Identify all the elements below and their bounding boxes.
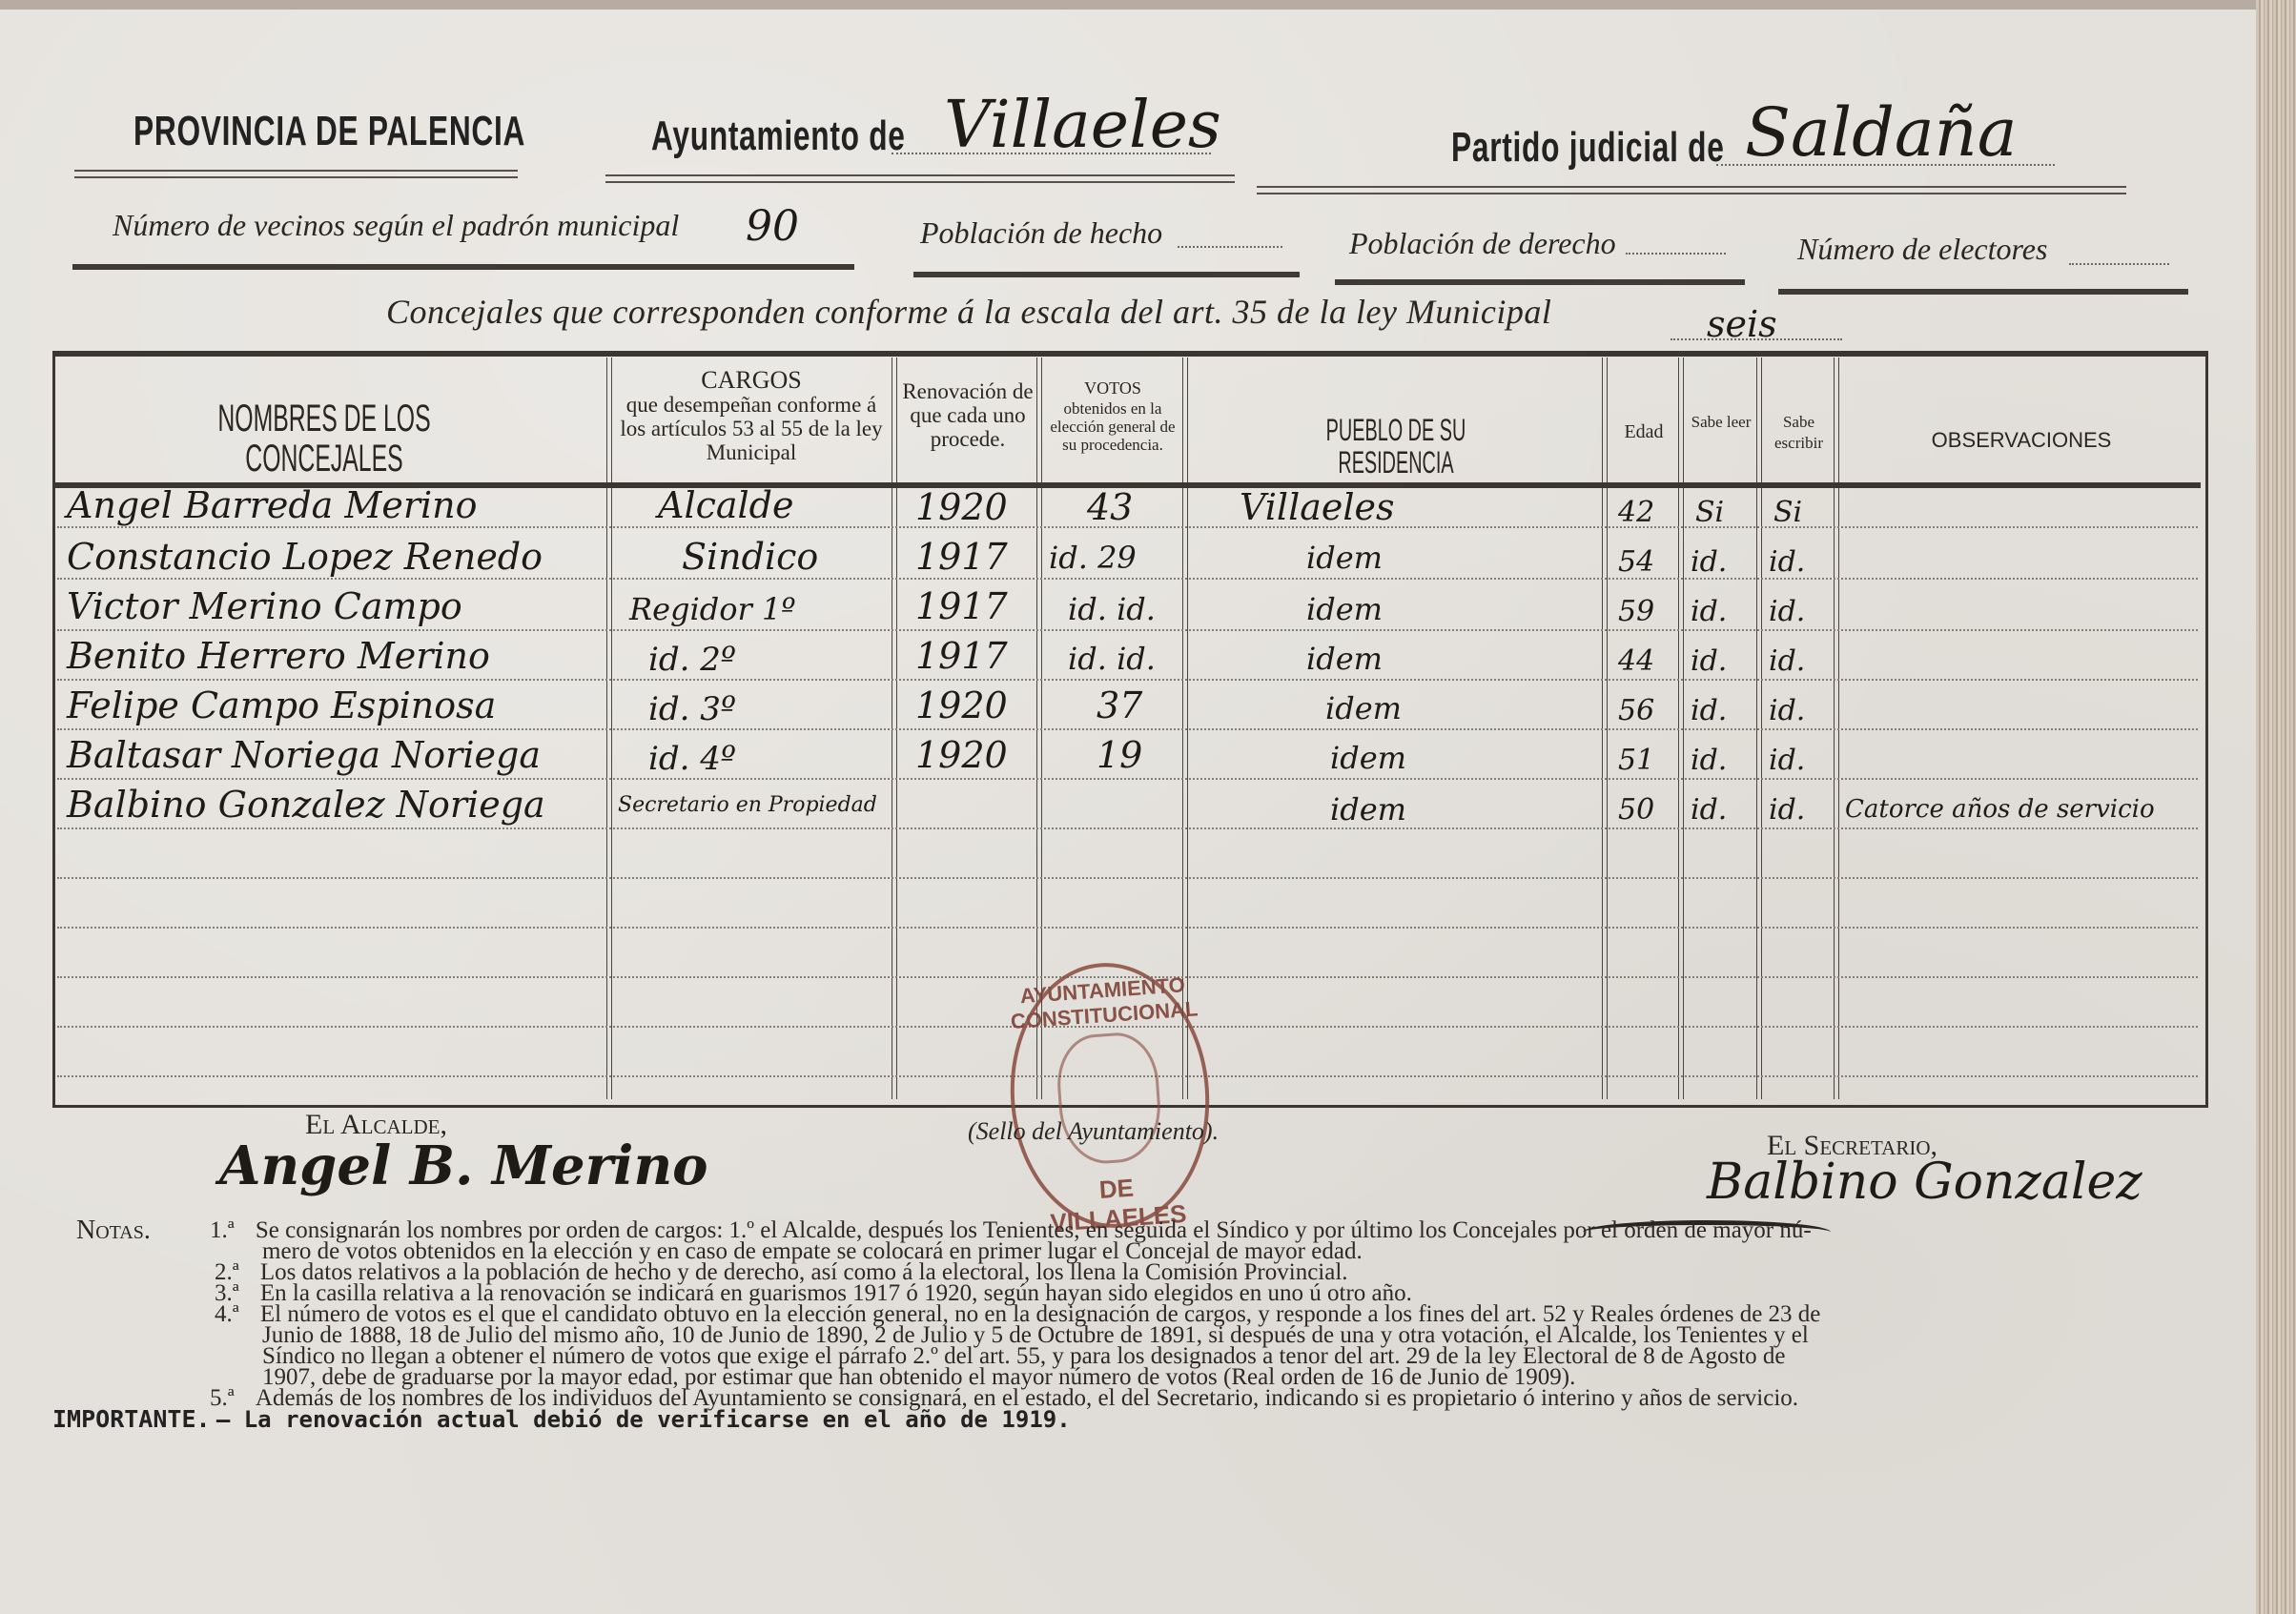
sello-label: (Sello del Ayuntamiento). — [968, 1117, 1219, 1146]
cell-cargo: Sindico — [682, 536, 818, 578]
note-item: 2.ª Los datos relativos a la población d… — [215, 1262, 1348, 1282]
cell-votos: 37 — [1097, 684, 1142, 726]
row-line — [57, 728, 2198, 730]
cell-leer: id. — [1691, 793, 1727, 827]
row-line — [57, 778, 2198, 780]
cell-votos: 19 — [1097, 734, 1142, 776]
cell-observaciones: Catorce años de servicio — [1845, 795, 2155, 824]
coat-of-arms-icon — [1055, 1031, 1164, 1167]
row-line — [57, 679, 2198, 681]
poblacion-derecho-underline — [1335, 279, 1745, 285]
cell-edad: 56 — [1618, 694, 1654, 727]
cell-renovacion: 1920 — [915, 486, 1008, 528]
note-item: 5.ª Además de los nombres de los individ… — [210, 1388, 1798, 1408]
ayuntamiento-label: Ayuntamiento de — [651, 112, 906, 160]
header-sabe-escribir: Sabe escribir — [1764, 412, 1834, 454]
header-nombres: NOMBRES DE LOS CONCEJALES — [147, 398, 502, 479]
important-notice: IMPORTANTE. – La renovación actual debió… — [52, 1409, 1071, 1430]
header-pueblo: PUEBLO DE SU RESIDENCIA — [1268, 415, 1524, 479]
cell-leer: id. — [1691, 694, 1727, 727]
poblacion-hecho-label: Población de hecho — [920, 215, 1162, 251]
cell-pueblo: idem — [1330, 791, 1406, 827]
cell-pueblo: Villaeles — [1240, 486, 1395, 528]
cell-votos: id. id. — [1068, 641, 1156, 677]
municipal-seal-stamp: AYUNTAMIENTO CONSTITUCIONAL DE VILLAELES — [1002, 956, 1219, 1235]
ayuntamiento-underline — [605, 174, 1235, 183]
note-number: 4.ª — [215, 1301, 239, 1327]
poblacion-derecho-label: Población de derecho — [1349, 226, 1616, 261]
cell-escribir: id. — [1769, 644, 1805, 678]
notes-title: Notas. — [76, 1216, 151, 1245]
cell-pueblo: idem — [1306, 591, 1383, 627]
note-text-cont: 1907, debe de graduarse por la mayor eda… — [262, 1367, 1575, 1387]
row-line — [57, 927, 2198, 929]
cell-pueblo: idem — [1306, 641, 1383, 677]
cell-cargo: id. 2º — [648, 641, 736, 679]
cell-pueblo: idem — [1306, 540, 1383, 576]
electores-underline — [1778, 289, 2188, 295]
electores-field — [2069, 263, 2169, 265]
cell-votos: 43 — [1087, 486, 1133, 528]
cell-escribir: id. — [1769, 595, 1805, 628]
partido-underline — [1257, 186, 2126, 194]
secretario-signature: Balbino Gonzalez — [1707, 1154, 2142, 1211]
cell-nombre: Baltasar Noriega Noriega — [67, 734, 541, 776]
note-text-cont: Síndico no llegan a obtener el número de… — [262, 1346, 1786, 1366]
cell-nombre: Victor Merino Campo — [67, 585, 462, 627]
header-observaciones: OBSERVACIONES — [1840, 429, 2203, 451]
note-number: 1.ª — [210, 1217, 235, 1243]
cell-renovacion: 1920 — [915, 734, 1008, 776]
cell-escribir: Si — [1773, 496, 1802, 529]
row-line — [57, 578, 2198, 580]
row-line — [57, 629, 2198, 631]
poblacion-hecho-underline — [913, 272, 1300, 277]
header-sabe-leer: Sabe leer — [1686, 412, 1756, 433]
alcalde-signature: Angel B. Merino — [219, 1134, 708, 1197]
cell-votos: id. 29 — [1049, 540, 1137, 576]
cell-pueblo: idem — [1325, 690, 1402, 726]
cell-cargo: id. 3º — [648, 690, 736, 728]
cell-leer: id. — [1691, 545, 1727, 579]
vecinos-value: 90 — [746, 202, 799, 251]
important-text: – La renovación actual debió de verifica… — [216, 1406, 1071, 1433]
cell-renovacion: 1920 — [915, 684, 1008, 726]
poblacion-derecho-field — [1626, 253, 1726, 255]
vecinos-label: Número de vecinos según el padrón munici… — [113, 208, 679, 243]
cell-edad: 50 — [1618, 793, 1654, 827]
note-item: 4.ª El número de votos es el que el cand… — [215, 1304, 1820, 1324]
cell-escribir: id. — [1769, 694, 1805, 727]
header-edad: Edad — [1609, 422, 1678, 442]
header-cargos-sub: que desempeñan conforme á los artículos … — [612, 393, 891, 464]
cell-escribir: id. — [1769, 744, 1805, 777]
cell-nombre: Angel Barreda Merino — [67, 484, 478, 526]
cell-nombre: Felipe Campo Espinosa — [67, 684, 496, 726]
header-votos-sub: obtenidos en la elección general de su p… — [1044, 399, 1181, 454]
cell-escribir: id. — [1769, 545, 1805, 579]
cell-nombre: Balbino Gonzalez Noriega — [67, 784, 545, 826]
poblacion-hecho-field — [1178, 246, 1282, 248]
cell-edad: 59 — [1618, 595, 1654, 628]
electores-label: Número de electores — [1797, 232, 2047, 267]
cell-escribir: id. — [1769, 793, 1805, 827]
note-item: 3.ª En la casilla relativa a la renovaci… — [215, 1283, 1412, 1303]
cell-cargo: Regidor 1º — [629, 591, 795, 627]
cell-cargo: id. 4º — [648, 740, 736, 778]
provincia-underline — [74, 170, 518, 178]
cell-edad: 44 — [1618, 644, 1654, 678]
cell-leer: id. — [1691, 644, 1727, 678]
header-votos-title: VOTOS — [1044, 379, 1181, 398]
cell-nombre: Constancio Lopez Renedo — [67, 536, 543, 578]
cell-renovacion: 1917 — [915, 635, 1008, 677]
cell-edad: 54 — [1618, 545, 1654, 579]
concejales-value: seis — [1707, 303, 1777, 345]
book-page-edges — [2256, 0, 2296, 1614]
provincia-heading: PROVINCIA DE PALENCIA — [133, 108, 525, 155]
cell-cargo: Secretario en Propiedad — [618, 793, 877, 817]
cell-leer: id. — [1691, 744, 1727, 777]
header-cargos-title: CARGOS — [612, 367, 891, 393]
note-text-cont: mero de votos obtenidos en la elección y… — [262, 1241, 1363, 1261]
partido-value: Saldaña — [1745, 93, 2017, 172]
cell-edad: 51 — [1618, 744, 1654, 777]
note-text-cont: Junio de 1888, 18 de Julio del mismo año… — [262, 1325, 1809, 1345]
cell-leer: id. — [1691, 595, 1727, 628]
cell-renovacion: 1917 — [915, 585, 1008, 627]
important-label: IMPORTANTE. — [52, 1405, 211, 1433]
partido-label: Partido judicial de — [1451, 124, 1725, 172]
row-line — [57, 877, 2198, 879]
cell-pueblo: idem — [1330, 740, 1406, 776]
header-renovacion: Renovación de que cada uno procede. — [900, 379, 1035, 451]
cell-renovacion: 1917 — [915, 536, 1008, 578]
cell-nombre: Benito Herrero Merino — [67, 635, 490, 677]
document-page: PROVINCIA DE PALENCIA Ayuntamiento de Vi… — [0, 0, 2267, 1614]
note-item: 1.ª Se consignarán los nombres por orden… — [210, 1220, 1812, 1240]
concejales-label: Concejales que corresponden conforme á l… — [386, 292, 1551, 332]
vecinos-underline — [72, 264, 854, 270]
row-line — [57, 827, 2198, 829]
cell-leer: Si — [1695, 496, 1724, 529]
page-top-edge — [0, 0, 2296, 10]
cell-cargo: Alcalde — [658, 484, 794, 526]
cell-votos: id. id. — [1068, 591, 1156, 627]
ayuntamiento-value: Villaeles — [944, 88, 1221, 163]
cell-edad: 42 — [1618, 496, 1654, 529]
